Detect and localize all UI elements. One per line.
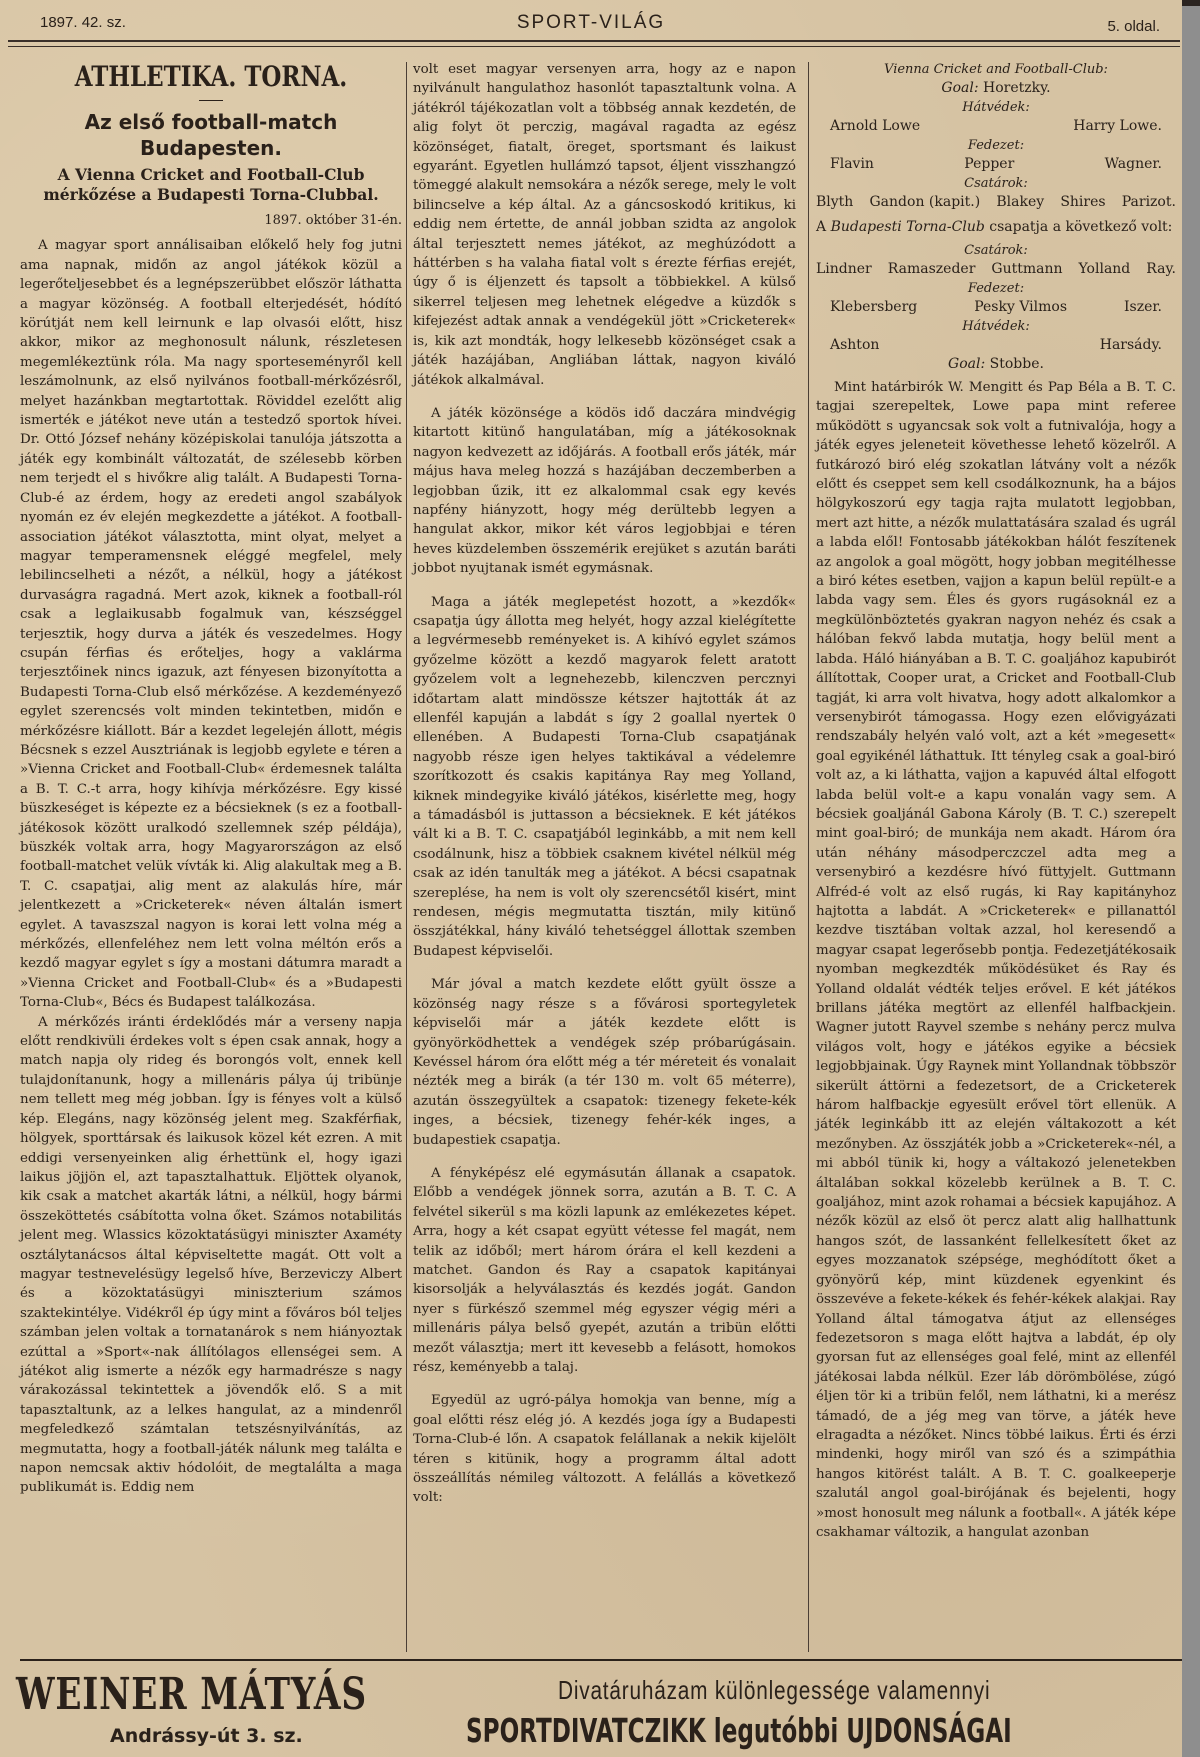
lineup-vienna: Vienna Cricket and Football-Club: Goal: …: [816, 60, 1176, 374]
column-2: volt eset magyar versenyen arra, hogy az…: [413, 60, 796, 1508]
player: Stobbe.: [990, 356, 1044, 372]
paragraph: Már jóval a match kezdete előtt gyült ös…: [413, 975, 796, 1150]
player: Guttmann: [991, 260, 1062, 279]
role-label: Fedezet:: [816, 279, 1176, 298]
paragraph: A mérkőzés iránti érdeklődés már a verse…: [20, 1013, 402, 1498]
player: Lindner: [816, 260, 872, 279]
paragraph: Egyedül az ugró-pálya homokja van benne,…: [413, 1391, 796, 1507]
intro-text: A: [816, 219, 831, 235]
team-name: Vienna Cricket and Football-Club:: [816, 60, 1176, 79]
paragraph: Mint határbirók W. Mengitt és Pap Béla a…: [816, 378, 1176, 1542]
newspaper-page: 1897. 42. sz. SPORT-VILÁG 5. oldal. ATHL…: [0, 0, 1182, 1757]
player: Blyth: [816, 193, 853, 212]
player: Horetzky.: [983, 80, 1051, 96]
player: Yolland: [1079, 260, 1131, 279]
column-3: Vienna Cricket and Football-Club: Goal: …: [816, 60, 1176, 1542]
role-label: Goal:: [948, 356, 985, 372]
backs-row: Ashton Harsády.: [816, 336, 1176, 355]
column-divider: [406, 62, 407, 1652]
paragraph-underlined: Maga a játék meglepetést hozott, a »kezd…: [413, 593, 796, 962]
player: Ray.: [1146, 260, 1176, 279]
role-label: Csatárok:: [816, 174, 1176, 193]
player: Parizot.: [1122, 193, 1176, 212]
advertisement: WEINER MÁTYÁS Andrássy-út 3. sz. Divatár…: [0, 1665, 1182, 1757]
player: Pepper: [964, 155, 1014, 174]
publication-title: SPORT-VILÁG: [0, 12, 1182, 34]
advertiser-name: WEINER MÁTYÁS: [16, 1669, 367, 1720]
player: Harsády.: [1100, 336, 1162, 355]
btc-intro: A Budapesti Torna-Club csapatja a követk…: [816, 218, 1176, 237]
column-divider: [808, 62, 809, 1652]
role-label: Fedezet:: [816, 136, 1176, 155]
role-label: Goal:: [941, 80, 978, 96]
player: Blakey: [996, 193, 1044, 212]
advertiser-address: Andrássy-út 3. sz.: [110, 1725, 303, 1747]
backs-row: Arnold Lowe Harry Lowe.: [816, 117, 1176, 136]
dateline: 1897. október 31-én.: [20, 211, 402, 230]
player: Ashton: [830, 336, 879, 355]
role-label: Hátvédek:: [816, 98, 1176, 117]
player: Harry Lowe.: [1073, 117, 1162, 136]
forwards-row: Blyth Gandon (kapit.) Blakey Shires Pari…: [816, 193, 1176, 212]
section-title: ATHLETIKA. TORNA.: [54, 60, 367, 94]
role-label: Hátvédek:: [816, 317, 1176, 336]
player: Gandon (kapit.): [870, 193, 981, 212]
ad-headline: SPORTDIVATCZIKK legutóbbi UJDONSÁGAI: [466, 1711, 1012, 1750]
headline: Az első football-match Budapesten.: [20, 109, 402, 161]
title-divider: [199, 100, 223, 101]
header-rule: [8, 40, 1180, 47]
forwards-row: Lindner Ramaszeder Guttmann Yolland Ray.: [816, 260, 1176, 279]
role-label: Csatárok:: [816, 241, 1176, 260]
player: Pesky Vilmos: [974, 298, 1067, 317]
halves-row: Klebersberg Pesky Vilmos Iszer.: [816, 298, 1176, 317]
column-1: ATHLETIKA. TORNA. Az első football-match…: [20, 60, 402, 1498]
subheadline: A Vienna Cricket and Football-Club mérkő…: [20, 165, 402, 205]
player: Klebersberg: [830, 298, 917, 317]
paragraph: A magyar sport annálisaiban előkelő hely…: [20, 236, 402, 1012]
player: Ramaszeder: [888, 260, 976, 279]
paragraph: A fényképész elé egymásután állanak a cs…: [413, 1164, 796, 1377]
player: Shires: [1060, 193, 1105, 212]
player: Flavin: [830, 155, 874, 174]
intro-text: csapatja a következő volt:: [985, 219, 1173, 235]
footer-rule: [20, 1659, 1182, 1661]
goal-row: Goal: Horetzky.: [816, 79, 1176, 98]
team-name: Budapesti Torna-Club: [831, 219, 985, 235]
ad-tagline: Divatáruházam különlegessége valamennyi: [558, 1675, 990, 1706]
halves-row: Flavin Pepper Wagner.: [816, 155, 1176, 174]
goal-row: Goal: Stobbe.: [816, 355, 1176, 374]
paragraph: A játék közönsége a ködös idő daczára mi…: [413, 404, 796, 579]
page-number: 5. oldal.: [1107, 18, 1160, 35]
player: Wagner.: [1105, 155, 1162, 174]
player: Arnold Lowe: [830, 117, 920, 136]
paragraph: volt eset magyar versenyen arra, hogy az…: [413, 60, 796, 390]
player: Iszer.: [1124, 298, 1162, 317]
